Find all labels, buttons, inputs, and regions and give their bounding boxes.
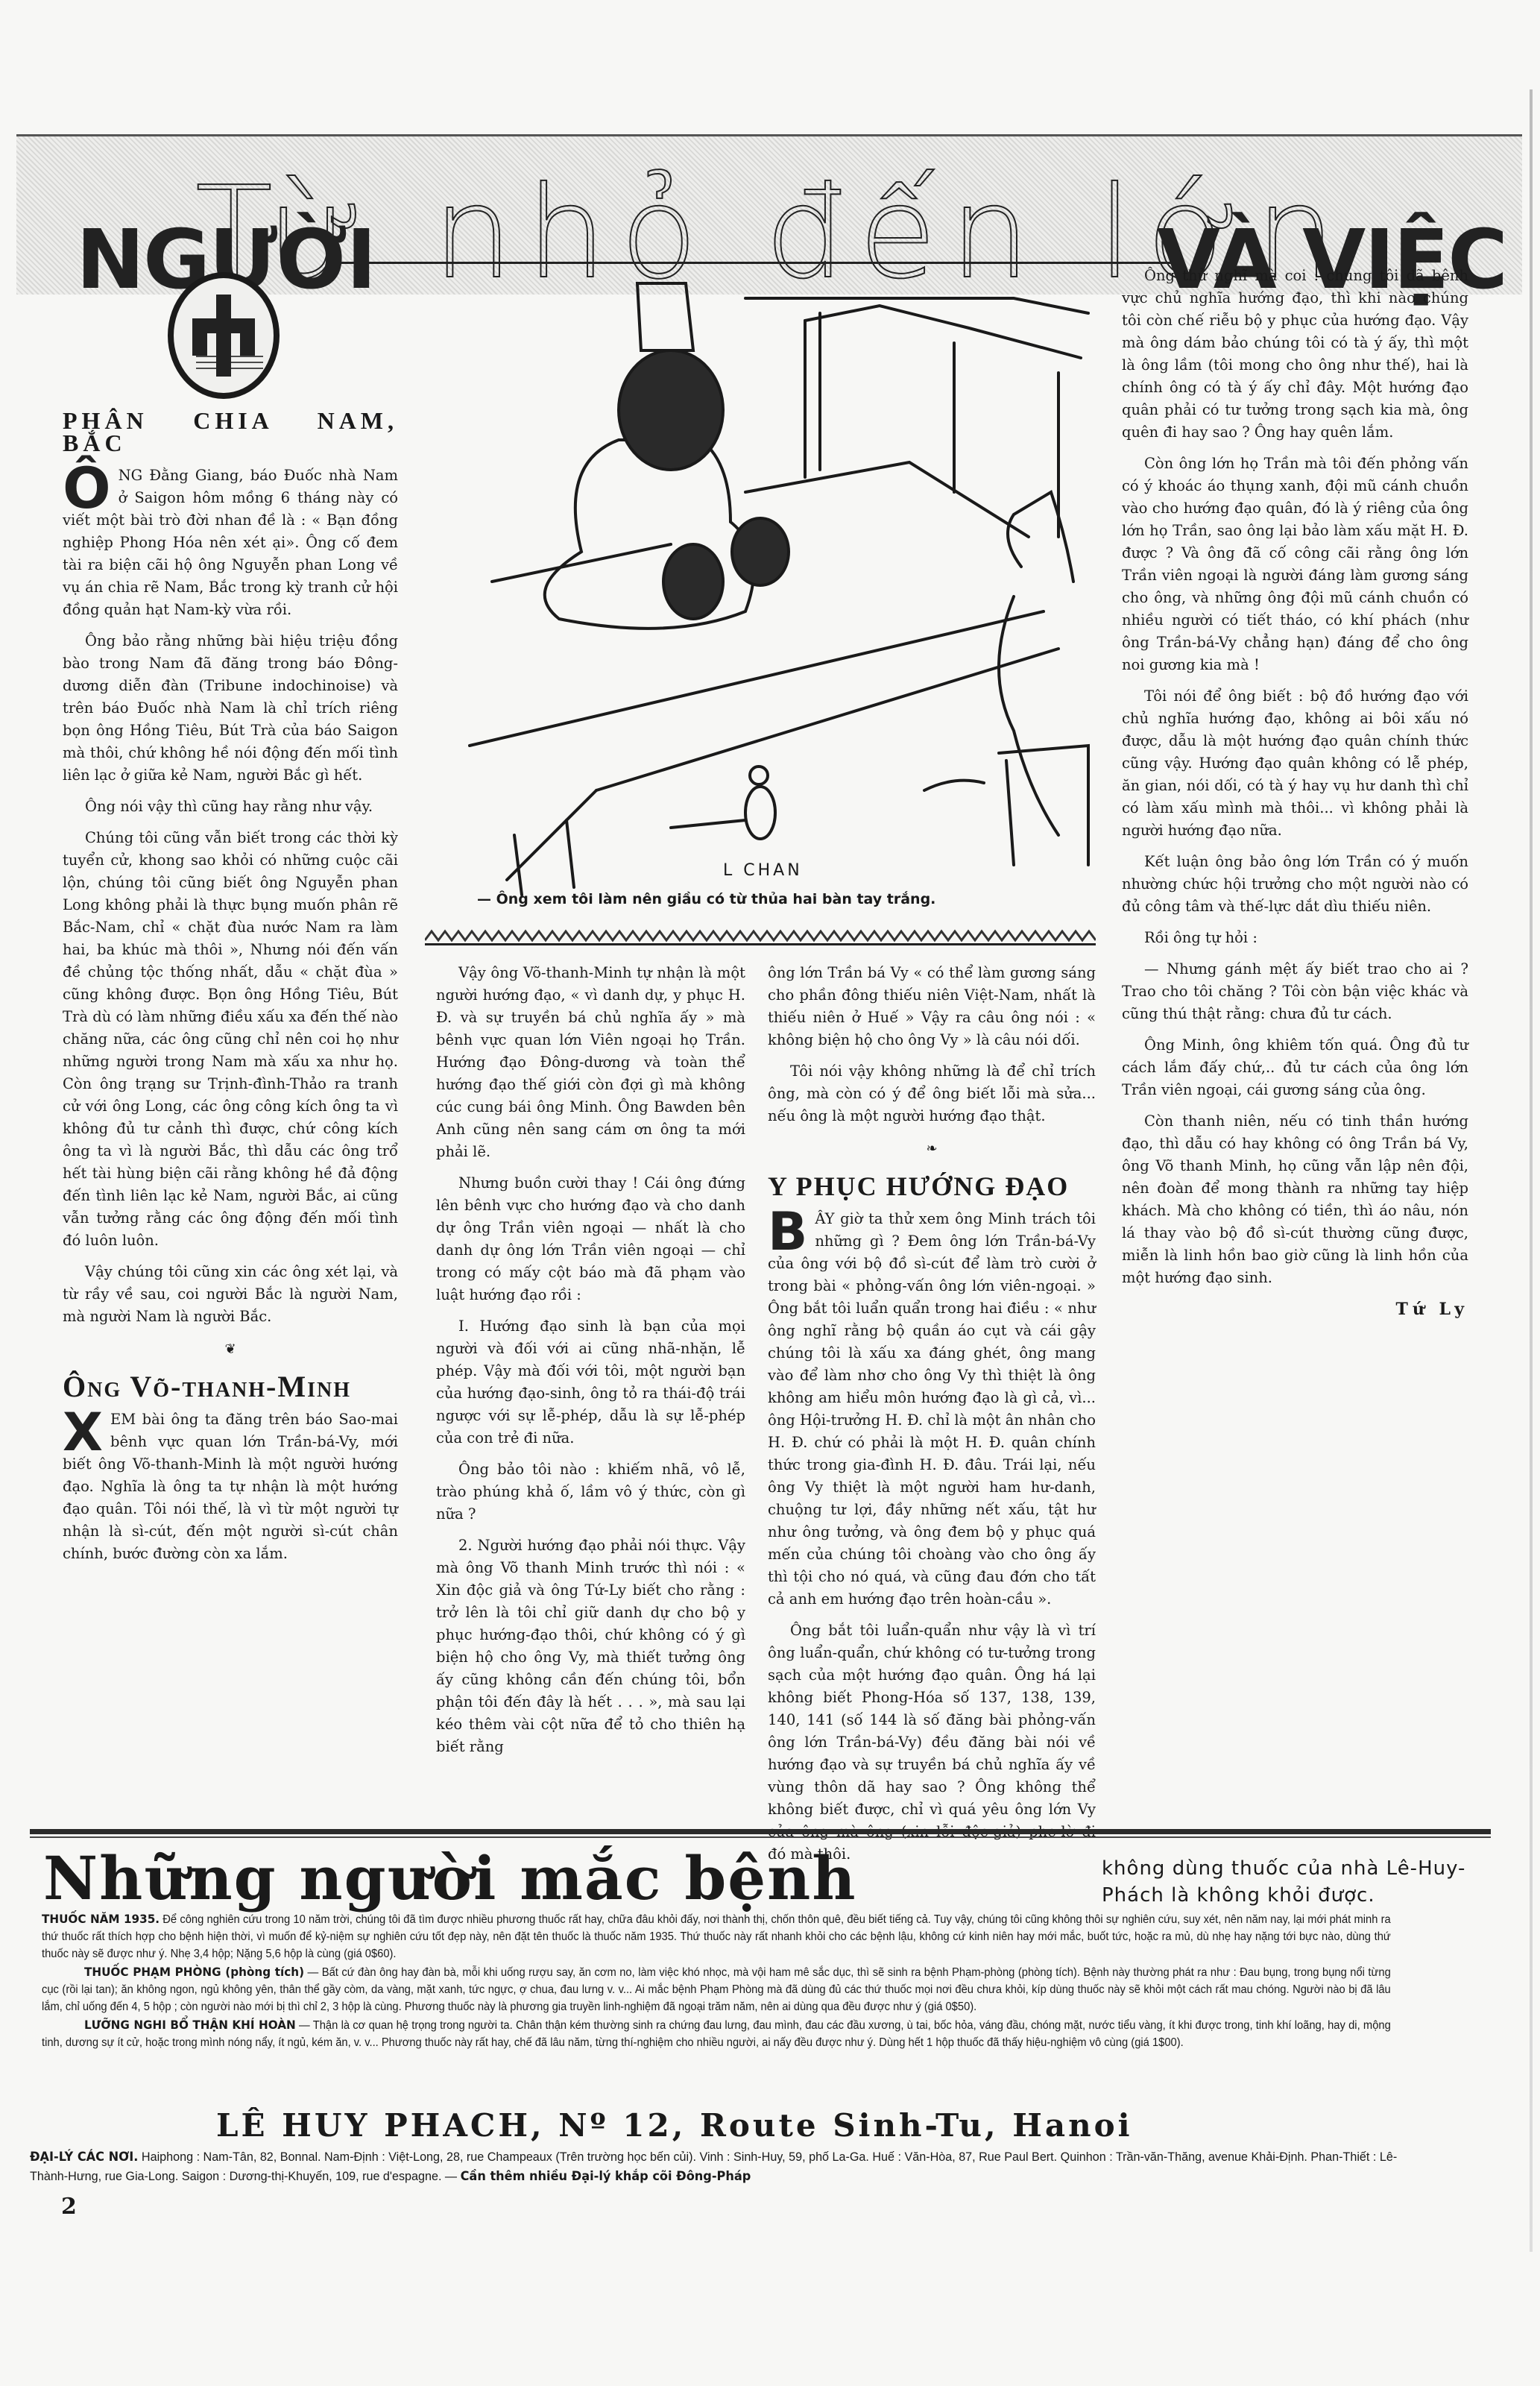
ad-address: LÊ HUY PHACH, Nº 12, Route Sinh-Tu, Hano…	[216, 2107, 1133, 2144]
paragraph: Vậy ông Võ-thanh-Minh tự nhận là một ngư…	[436, 962, 745, 1163]
ad-agents-call: Cần thêm nhiều Đại-lý khắp cõi Đông-Pháp	[461, 2169, 751, 2184]
column-3: ông lớn Trần bá Vy « có thể làm gương sá…	[768, 962, 1096, 1875]
article-lead: B ÂY giờ ta thử xem ông Minh trách tôi n…	[768, 1208, 1096, 1611]
section-ornament-icon: ❧	[768, 1138, 1096, 1160]
ad-product: THUỐC PHẠM PHÒNG (phòng tích) — Bất cứ đ…	[42, 1963, 1391, 2015]
paragraph: — Nhưng gánh mệt ấy biết trao cho ai ? T…	[1122, 958, 1468, 1025]
paragraph: Rồi ông tự hỏi :	[1122, 927, 1468, 949]
paragraph: Nhưng buồn cười thay ! Cái ông đứng lên …	[436, 1172, 745, 1306]
paragraph: Còn thanh niên, nếu có tinh thần hướng đ…	[1122, 1110, 1468, 1289]
dropcap: X	[63, 1411, 103, 1453]
banner-rule	[329, 262, 1172, 264]
article-lead: X EM bài ông ta đăng trên báo Sao-mai bê…	[63, 1408, 398, 1565]
ad-product: THUỐC NĂM 1935. Để công nghiên cứu trong…	[42, 1910, 1391, 1962]
column-4: Ông thử nghĩ mà coi : chúng tôi đã bênh …	[1122, 265, 1468, 1321]
newspaper-page: Từ nhỏ đến lớn Người và việc PHÂN CHIA N…	[0, 0, 1540, 2386]
zigzag-divider	[425, 928, 1096, 943]
paragraph: ông lớn Trần bá Vy « có thể làm gương sá…	[768, 962, 1096, 1051]
paragraph: Vậy chúng tôi cũng xin các ông xét lại, …	[63, 1261, 398, 1328]
dropcap: Ô	[63, 468, 111, 509]
article-lead: Ô NG Đằng Giang, báo Đuốc nhà Nam ở Saig…	[63, 465, 398, 621]
paragraph: Tôi nói vậy không những là để chỉ trích …	[768, 1060, 1096, 1127]
paragraph: 2. Người hướng đạo phải nói thực. Vậy mà…	[436, 1534, 745, 1758]
author-signature: Tứ Ly	[1122, 1298, 1468, 1321]
column-2: Vậy ông Võ-thanh-Minh tự nhận là một ngư…	[436, 962, 745, 1767]
page-edge	[1530, 89, 1533, 2252]
ad-product: LƯỠNG NGHI BỔ THẬN KHÍ HOÀN — Thận là cơ…	[42, 2016, 1391, 2051]
dropcap: B	[768, 1211, 807, 1253]
ad-subheadline: không dùng thuốc của nhà Lê-Huy-Phách là…	[1102, 1855, 1489, 1909]
ad-top-rule-thin	[30, 1836, 1491, 1838]
paragraph: Ông bảo rằng những bài hiệu triệu đồng b…	[63, 630, 398, 787]
section-ornament-icon: ❦	[63, 1338, 398, 1361]
ad-top-rule	[30, 1829, 1491, 1834]
divider-rule	[425, 943, 1096, 945]
paragraph: Kết luận ông bảo ông lớn Trần có ý muốn …	[1122, 851, 1468, 918]
paragraph: Còn ông lớn họ Trần mà tôi đến phỏng vấn…	[1122, 453, 1468, 676]
ad-agents-label: ĐẠI-LÝ CÁC NƠI.	[30, 2150, 138, 2165]
ad-headline: Những người mắc bệnh	[43, 1845, 856, 1911]
heading-y-phuc-huong-dao: Y PHỤC HƯỚNG ĐẠO	[768, 1175, 1096, 1197]
illustration-caption: — Ông xem tôi làm nên giầu có từ thủa ha…	[477, 891, 1096, 907]
ad-agents: ĐẠI-LÝ CÁC NƠI. Haiphong : Nam-Tân, 82, …	[30, 2147, 1418, 2186]
heading-phan-chia: PHÂN CHIA NAM, BẮC	[63, 409, 398, 454]
column-1: PHÂN CHIA NAM, BẮC Ô NG Đằng Giang, báo …	[63, 406, 398, 1574]
paragraph: Ông Minh, ông khiêm tốn quá. Ông đủ tư c…	[1122, 1034, 1468, 1101]
paragraph: Chúng tôi cũng vẫn biết trong các thời k…	[63, 827, 398, 1252]
cartoon-illustration: L CHAN	[447, 268, 1096, 902]
artist-signature: L CHAN	[723, 861, 803, 880]
scout-emblem-icon	[168, 272, 280, 399]
paragraph: I. Hướng đạo sinh là bạn của mọi người v…	[436, 1315, 745, 1449]
paragraph: Ông nói vậy thì cũng hay rằng như vậy.	[63, 796, 398, 818]
ad-body: THUỐC NĂM 1935. Để công nghiên cứu trong…	[42, 1910, 1391, 2052]
paragraph: Tôi nói để ông biết : bộ đồ hướng đạo vớ…	[1122, 685, 1468, 842]
paragraph: Ông thử nghĩ mà coi : chúng tôi đã bênh …	[1122, 265, 1468, 444]
page-number: 2	[61, 2194, 77, 2220]
paragraph: Ông bảo tôi nào : khiếm nhã, vô lễ, trào…	[436, 1458, 745, 1526]
heading-vo-thanh-minh: Ông Võ-thanh-Minh	[63, 1376, 398, 1398]
